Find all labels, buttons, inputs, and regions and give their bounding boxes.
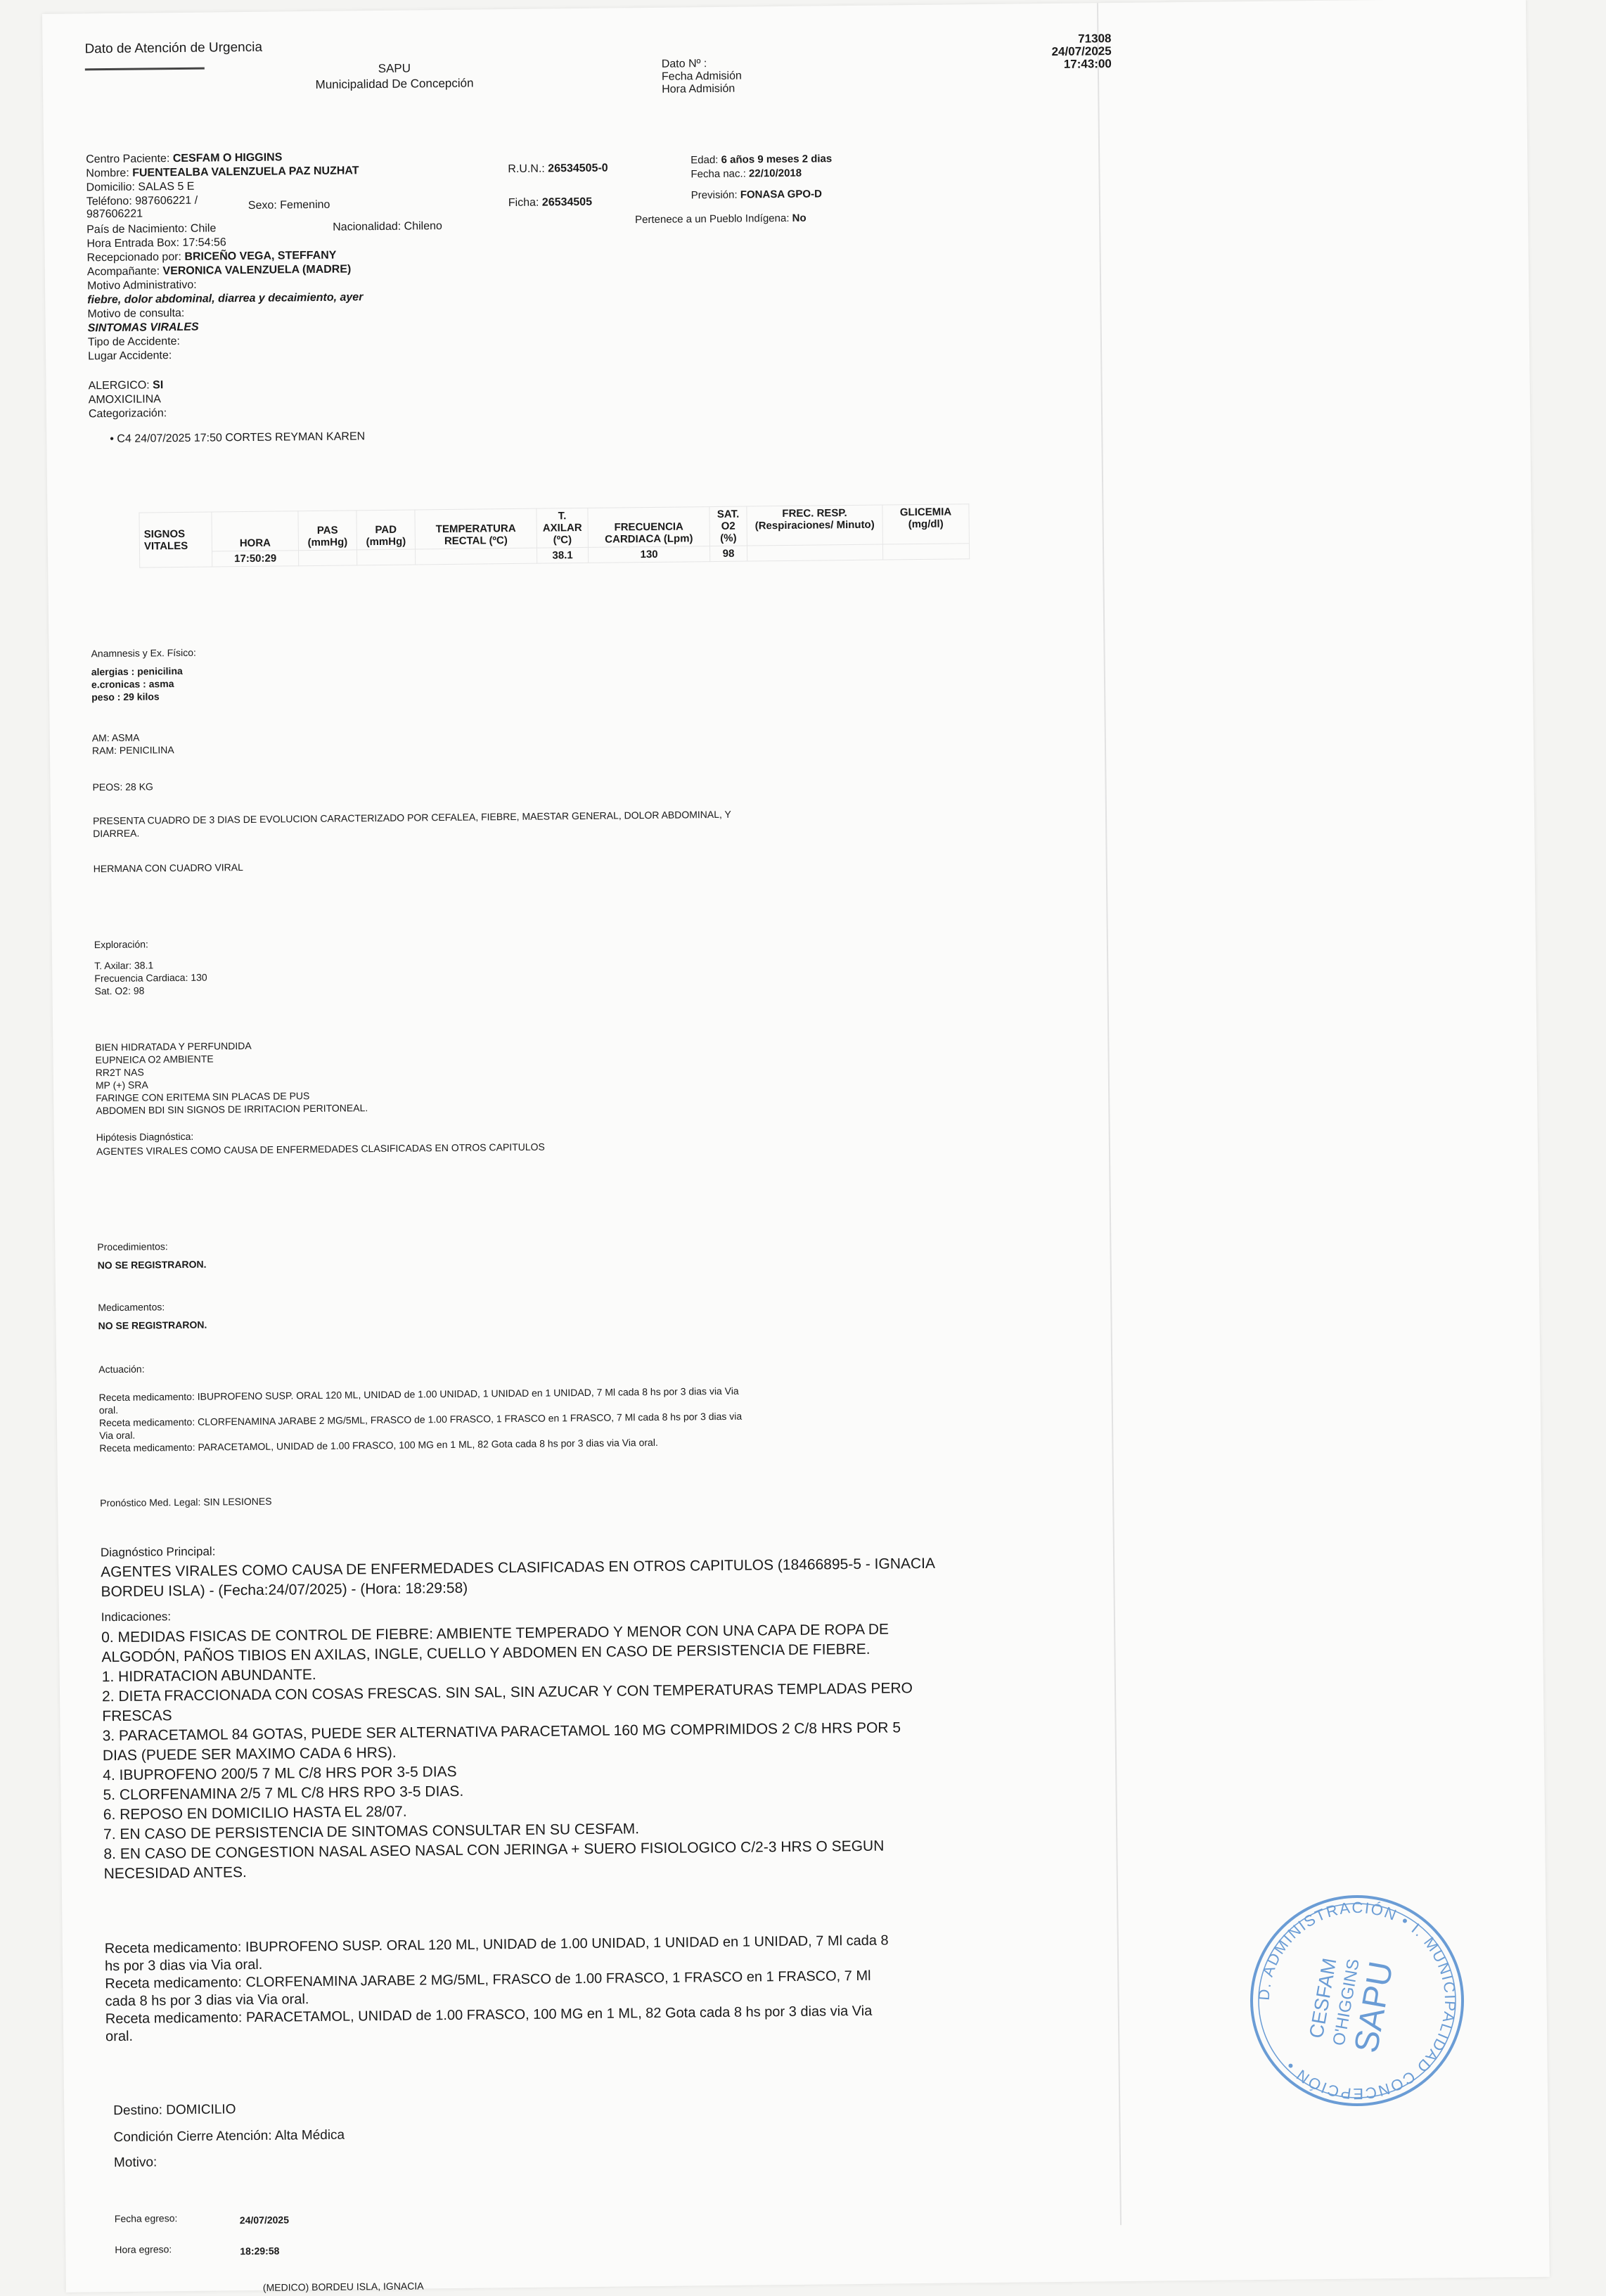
exploracion-finding: BIEN HIDRATADA Y PERFUNDIDA — [95, 1040, 251, 1053]
anamnesis-ram: RAM: PENICILINA — [92, 744, 174, 757]
vitals-header: SAT. O2 (%) — [709, 506, 747, 546]
actuacion-label: Actuación: — [98, 1364, 145, 1376]
anamnesis-presenta-cont: DIARREA. — [93, 828, 139, 840]
firma-medico: (MEDICO) BORDEU ISLA, IGNACIA — [263, 2280, 424, 2292]
patient-prevision: Previsión: FONASA GPO-D — [691, 187, 822, 203]
procedimientos-label: Procedimientos: — [97, 1240, 168, 1253]
lugar-accidente-label: Lugar Accidente: — [88, 349, 172, 364]
exploracion-sat-o2: Sat. O2: 98 — [94, 985, 144, 998]
patient-sexo: Sexo: Femenino — [248, 198, 330, 213]
patient-pais: País de Nacimiento: Chile — [86, 222, 216, 237]
anamnesis-line: alergias : penicilina — [91, 665, 183, 678]
anamnesis-presenta: PRESENTA CUADRO DE 3 DIAS DE EVOLUCION C… — [93, 809, 731, 828]
institution: SAPU Municipalidad De Concepción — [219, 59, 570, 94]
receta-item: Receta medicamento: CLORFENAMINA JARABE … — [99, 1411, 742, 1430]
categorizacion: • C4 24/07/2025 17:50 CORTES REYMAN KARE… — [110, 430, 365, 447]
pronostico: Pronóstico Med. Legal: SIN LESIONES — [100, 1496, 272, 1510]
vitals-table: SIGNOS VITALES HORA PAS (mmHg) PAD (mmHg… — [139, 504, 970, 567]
admission-values: 71308 24/07/2025 17:43:00 — [970, 32, 1112, 72]
diagnostico-label: Diagnóstico Principal: — [101, 1544, 216, 1561]
condicion-cierre: Condición Cierre Atención: Alta Médica — [114, 2128, 345, 2146]
header-rule — [85, 68, 205, 71]
motivo-administrativo-label: Motivo Administrativo: — [87, 278, 197, 294]
destino: Destino: DOMICILIO — [113, 2102, 236, 2119]
fecha-admision-label: Fecha Admisión — [662, 70, 742, 84]
exploracion-t-axilar: T. Axilar: 38.1 — [94, 959, 153, 972]
page-fold-line — [1097, 3, 1122, 2225]
procedimientos-value: NO SE REGISTRARON. — [98, 1259, 207, 1272]
alergia-detalle: AMOXICILINA — [89, 392, 161, 407]
categorizacion-label: Categorización: — [89, 406, 167, 421]
motivo-consulta: SINTOMAS VIRALES — [88, 321, 199, 336]
medicamentos-label: Medicamentos: — [98, 1301, 165, 1314]
patient-run: R.U.N.: 26534505-0 — [508, 162, 608, 177]
exploracion-finding: MP (+) SRA — [96, 1079, 148, 1092]
vitals-row-label: SIGNOS VITALES — [139, 512, 212, 567]
dato-label: Dato Nº : — [662, 58, 742, 71]
vitals-header: FREC. RESP. (Respiraciones/ Minuto) — [747, 505, 883, 546]
hora-entrada-box: Hora Entrada Box: 17:54:56 — [86, 236, 226, 251]
indicaciones-label: Indicaciones: — [101, 1609, 171, 1625]
hipotesis-label: Hipótesis Diagnóstica: — [96, 1131, 194, 1143]
patient-telefono-2: 987606221 — [86, 207, 143, 222]
hora-egreso-label: Hora egreso: — [115, 2243, 172, 2256]
anamnesis-am: AM: ASMA — [92, 732, 140, 745]
receta-item: Receta medicamento: IBUPROFENO SUSP. ORA… — [99, 1385, 739, 1404]
hora-admision: 17:43:00 — [971, 58, 1112, 72]
patient-edad: Edad: 6 años 9 meses 2 dias — [690, 152, 832, 167]
patient-domicilio: Domicilio: SALAS 5 E — [86, 180, 194, 195]
medicamentos-value: NO SE REGISTRARON. — [98, 1319, 207, 1333]
receta-item: Receta medicamento: PARACETAMOL, UNIDAD … — [99, 1437, 658, 1454]
anamnesis-line: e.cronicas : asma — [91, 678, 174, 691]
anamnesis-peso: PEOS: 28 KG — [92, 781, 153, 793]
vitals-value-sat-o2: 98 — [709, 546, 747, 562]
vitals-value-pas — [299, 550, 357, 566]
motivo-cierre: Motivo: — [114, 2155, 157, 2171]
exploracion-finding: EUPNEICA O2 AMBIENTE — [95, 1053, 213, 1067]
document-title: Dato de Atención de Urgencia — [84, 40, 262, 58]
vitals-header: HORA — [212, 511, 299, 551]
vitals-value-pad — [357, 549, 416, 565]
vitals-value-t-axilar: 38.1 — [537, 547, 588, 563]
vitals-value-hora: 17:50:29 — [212, 551, 299, 567]
recetas-finales: Receta medicamento: IBUPROFENO SUSP. ORA… — [105, 1932, 889, 2046]
anamnesis-label: Anamnesis y Ex. Físico: — [91, 647, 196, 660]
admission-labels: Dato Nº : Fecha Admisión Hora Admisión — [662, 58, 742, 96]
exploracion-frec-cardiaca: Frecuencia Cardiaca: 130 — [94, 972, 207, 985]
stamp-seal-icon: D. ADMINISTRACIÓN • I. MUNICIPALIDAD CON… — [1216, 1885, 1498, 2117]
vitals-value-frec-cardiaca: 130 — [588, 546, 709, 563]
fecha-egreso-label: Fecha egreso: — [115, 2212, 178, 2225]
diagnostico-principal-cont: BORDEU ISLA) - (Fecha:24/07/2025) - (Hor… — [101, 1581, 468, 1600]
hora-egreso: 18:29:58 — [240, 2245, 279, 2258]
official-stamp: D. ADMINISTRACIÓN • I. MUNICIPALIDAD CON… — [1216, 1885, 1498, 2117]
indicaciones-list: 0. MEDIDAS FISICAS DE CONTROL DE FIEBRE:… — [101, 1620, 915, 1884]
patient-fecha-nac: Fecha nac.: 22/10/2018 — [690, 167, 802, 182]
vitals-header: PAS (mmHg) — [298, 511, 357, 551]
vitals-value-temp-rectal — [415, 548, 537, 565]
patient-name: Nombre: FUENTEALBA VALENZUELA PAZ NUZHAT — [86, 164, 359, 181]
hora-admision-label: Hora Admisión — [662, 83, 742, 96]
institution-municipality: Municipalidad De Concepción — [219, 75, 570, 94]
vitals-value-glicemia — [882, 544, 969, 560]
receta-item-cont: oral. — [99, 1404, 118, 1416]
patient-ficha: Ficha: 26534505 — [508, 195, 592, 210]
vitals-header: FRECUENCIA CARDIACA (Lpm) — [588, 507, 710, 548]
receta-item-cont: Via oral. — [99, 1430, 135, 1442]
motivo-consulta-label: Motivo de consulta: — [87, 307, 184, 321]
exploracion-finding: RR2T NAS — [96, 1067, 144, 1079]
hipotesis-diagnostica: AGENTES VIRALES COMO CAUSA DE ENFERMEDAD… — [96, 1141, 545, 1158]
anamnesis-hermana: HERMANA CON CUADRO VIRAL — [94, 861, 243, 875]
diagnostico-principal: AGENTES VIRALES COMO CAUSA DE ENFERMEDAD… — [101, 1556, 935, 1580]
vitals-header: GLICEMIA (mg/dl) — [882, 504, 970, 544]
patient-pueblo-indigena: Pertenece a un Pueblo Indígena: No — [635, 212, 807, 228]
alergico: ALERGICO: SI — [88, 378, 163, 393]
exploracion-finding: FARINGE CON ERITEMA SIN PLACAS DE PUS — [96, 1090, 309, 1104]
exploracion-label: Exploración: — [94, 938, 148, 951]
anamnesis-line: peso : 29 kilos — [91, 691, 160, 703]
exploracion-finding: ABDOMEN BDI SIN SIGNOS DE IRRITACION PER… — [96, 1102, 368, 1117]
vitals-header: T. AXILAR (ºC) — [537, 508, 589, 548]
bullet-icon: • — [110, 433, 117, 445]
tipo-accidente-label: Tipo de Accidente: — [88, 335, 180, 349]
vitals-header: TEMPERATURA RECTAL (ºC) — [415, 508, 537, 549]
fecha-egreso: 24/07/2025 — [240, 2214, 289, 2226]
acompanante: Acompañante: VERONICA VALENZUELA (MADRE) — [87, 262, 352, 279]
motivo-administrativo: fiebre, dolor abdominal, diarrea y decai… — [87, 290, 363, 307]
vitals-header: PAD (mmHg) — [356, 510, 416, 550]
vitals-value-frec-resp — [747, 544, 882, 561]
patient-nacionalidad: Nacionalidad: Chileno — [333, 219, 442, 235]
